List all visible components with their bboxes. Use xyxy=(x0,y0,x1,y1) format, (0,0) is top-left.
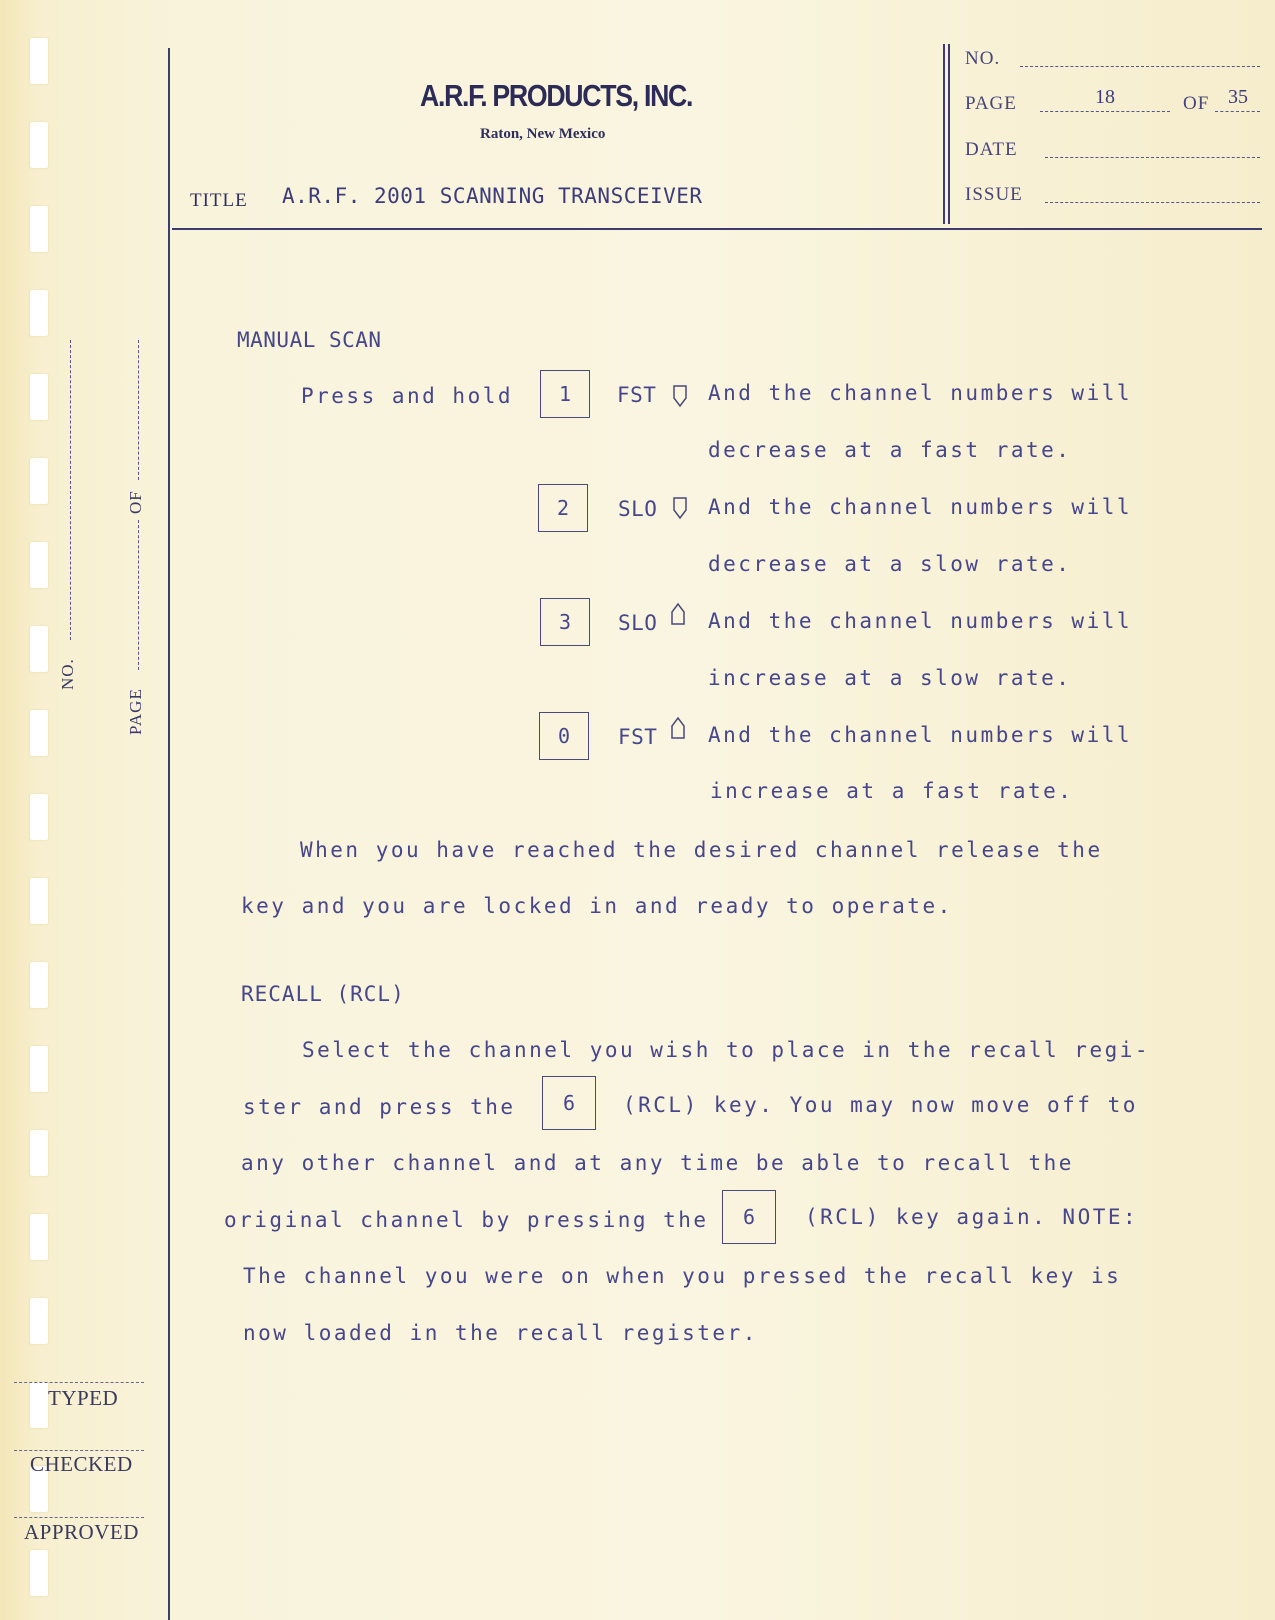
checked-label: CHECKED xyxy=(30,1452,133,1477)
step-2-mode: SLO xyxy=(618,497,657,521)
binder-hole xyxy=(30,794,48,840)
recall-line-4-post: (RCL) key again. NOTE: xyxy=(805,1205,1138,1229)
recall-line-3: any other channel and at any time be abl… xyxy=(241,1151,1074,1175)
binder-hole xyxy=(30,710,48,756)
key-1: 1 xyxy=(540,370,590,418)
binder-hole xyxy=(30,542,48,588)
step-1-line2: decrease at a fast rate. xyxy=(708,438,1071,462)
manual-scan-intro: Press and hold xyxy=(301,384,513,408)
no-field-line xyxy=(1020,66,1260,67)
date-field-line xyxy=(1045,157,1260,158)
step-4-line2: increase at a fast rate. xyxy=(710,779,1073,803)
step-2-line2: decrease at a slow rate. xyxy=(708,552,1071,576)
binder-hole xyxy=(30,206,48,252)
step-1-line1: And the channel numbers will xyxy=(708,381,1132,405)
recall-line-5: The channel you were on when you pressed… xyxy=(243,1264,1121,1288)
issue-field-line xyxy=(1045,202,1260,203)
side-page-line xyxy=(138,520,139,670)
manual-scan-closing-1: When you have reached the desired channe… xyxy=(300,838,1103,862)
manual-scan-heading: MANUAL SCAN xyxy=(237,328,382,352)
step-3-line1: And the channel numbers will xyxy=(708,609,1132,633)
margin-rule xyxy=(168,48,170,1620)
no-label: NO. xyxy=(965,48,1000,70)
binder-hole xyxy=(30,1550,48,1596)
binder-holes xyxy=(30,0,50,1620)
key-3: 3 xyxy=(540,598,590,646)
company-name: A.R.F. PRODUCTS, INC. xyxy=(420,78,692,114)
binder-hole xyxy=(30,38,48,84)
binder-hole xyxy=(30,290,48,336)
binder-hole xyxy=(30,1046,48,1092)
typed-line xyxy=(14,1382,144,1383)
recall-line-2-pre: ster and press the xyxy=(243,1095,516,1119)
key-6-rcl: 6 xyxy=(542,1076,596,1130)
recall-line-1: Select the channel you wish to place in … xyxy=(302,1038,1150,1062)
step-3-line2: increase at a slow rate. xyxy=(708,666,1071,690)
key-6-rcl: 6 xyxy=(722,1190,776,1244)
of-field-line xyxy=(1215,111,1260,112)
side-no-label: NO. xyxy=(58,658,78,690)
company-location: Raton, New Mexico xyxy=(480,126,605,143)
step-2-line1: And the channel numbers will xyxy=(708,495,1132,519)
checked-line xyxy=(14,1450,144,1451)
recall-line-2-post: (RCL) key. You may now move off to xyxy=(623,1093,1138,1117)
page-number: 18 xyxy=(1095,86,1115,109)
binder-hole xyxy=(30,1130,48,1176)
header-divider xyxy=(943,44,945,224)
page-field-line xyxy=(1040,111,1170,112)
binder-hole xyxy=(30,1214,48,1260)
arrow-up-icon xyxy=(670,716,686,740)
issue-label: ISSUE xyxy=(965,184,1023,206)
date-label: DATE xyxy=(965,139,1018,161)
arrow-up-icon xyxy=(670,602,686,626)
recall-line-4-pre: original channel by pressing the xyxy=(224,1208,709,1232)
binder-hole xyxy=(30,962,48,1008)
typed-label: TYPED xyxy=(48,1386,118,1411)
header-divider xyxy=(948,44,950,224)
binder-hole xyxy=(30,878,48,924)
header-rule xyxy=(172,228,1262,230)
total-pages: 35 xyxy=(1228,86,1248,109)
binder-hole xyxy=(30,1382,48,1428)
of-label: OF xyxy=(1183,93,1209,115)
recall-heading: RECALL (RCL) xyxy=(241,982,405,1006)
page-label: PAGE xyxy=(965,93,1017,115)
step-4-line1: And the channel numbers will xyxy=(708,723,1132,747)
manual-scan-closing-2: key and you are locked in and ready to o… xyxy=(241,894,953,918)
side-no-line xyxy=(70,340,71,640)
side-of-line xyxy=(138,340,139,480)
side-of-label: OF xyxy=(126,490,146,514)
key-0: 0 xyxy=(539,712,589,760)
step-4-mode: FST xyxy=(618,725,657,749)
arrow-down-icon xyxy=(672,496,688,520)
binder-hole xyxy=(30,374,48,420)
title-label: TITLE xyxy=(190,190,248,212)
step-1-mode: FST xyxy=(617,383,656,407)
step-3-mode: SLO xyxy=(618,611,657,635)
binder-hole xyxy=(30,1298,48,1344)
binder-hole xyxy=(30,626,48,672)
approved-label: APPROVED xyxy=(24,1520,139,1545)
binder-hole xyxy=(30,458,48,504)
binder-hole xyxy=(30,122,48,168)
document-title: A.R.F. 2001 SCANNING TRANSCEIVER xyxy=(282,184,703,208)
side-page-label: PAGE xyxy=(126,688,146,735)
approved-line xyxy=(14,1517,144,1518)
recall-line-6: now loaded in the recall register. xyxy=(243,1321,758,1345)
arrow-down-icon xyxy=(672,384,688,408)
key-2: 2 xyxy=(538,484,588,532)
